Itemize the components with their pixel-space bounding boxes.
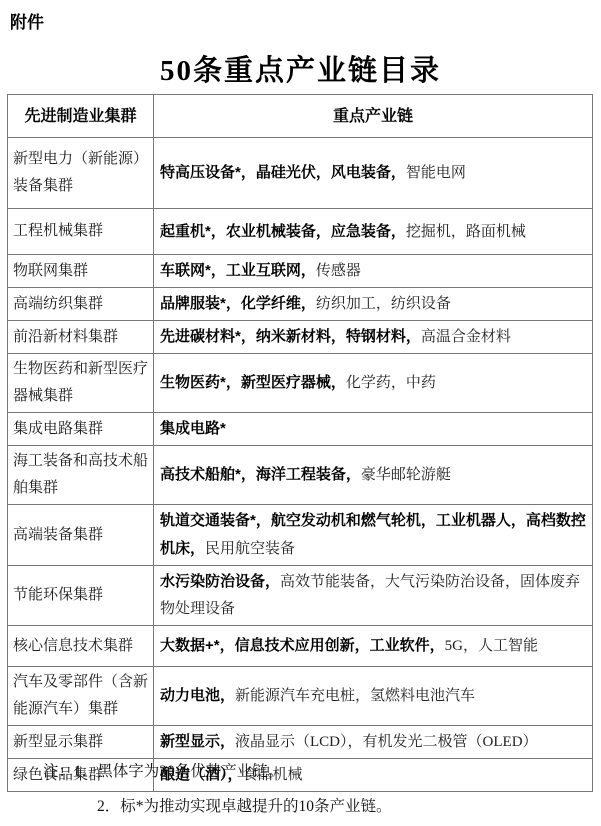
industry-chain-table: 先进制造业集群 重点产业链 新型电力（新能源）装备集群特高压设备*，晶硅光伏，风… (7, 94, 593, 792)
chains-cell: 先进碳材料*，纳米新材料，特钢材料，高温合金材料 (154, 321, 593, 354)
col-header-chains: 重点产业链 (154, 95, 593, 138)
chain-item: 航空发动机和燃气轮机， (271, 512, 436, 529)
cluster-cell: 核心信息技术集群 (8, 626, 154, 667)
document-page: { "page": { "attachment_label": "附件", "t… (0, 0, 601, 826)
chain-item: 化学药， (346, 375, 406, 391)
table-row: 节能环保集群水污染防治设备，高效节能装备，大气污染防治设备，固体废弃物处理设备 (8, 566, 593, 626)
chains-cell: 品牌服装*，化学纤维，纺织加工，纺织设备 (154, 288, 593, 321)
chains-cell: 动力电池，新能源汽车充电桩，氢燃料电池汽车 (154, 667, 593, 726)
chain-item: 5G， (445, 638, 478, 654)
chain-item: 有机发光二极管（OLED） (363, 734, 538, 750)
table-row: 前沿新材料集群先进碳材料*，纳米新材料，特钢材料，高温合金材料 (8, 321, 593, 354)
chains-cell: 高技术船舶*，海洋工程装备，豪华邮轮游艇 (154, 446, 593, 505)
chain-item: 传感器 (316, 263, 361, 279)
chain-item: 新型显示， (160, 733, 235, 750)
chain-item: 工业机器人， (436, 512, 526, 529)
chain-item: 工业软件， (370, 637, 445, 654)
cluster-cell: 汽车及零部件（含新能源汽车）集群 (8, 667, 154, 726)
table-header-row: 先进制造业集群 重点产业链 (8, 95, 593, 138)
chain-item: 大数据+*， (160, 637, 235, 654)
chain-item: 挖掘机， (406, 224, 466, 240)
chain-item: 大气污染防治设备， (385, 574, 520, 590)
chain-item: 纺织设备 (391, 296, 451, 312)
chain-item: 纺织加工， (316, 296, 391, 312)
chain-item: 新能源汽车充电桩， (235, 688, 370, 704)
chain-item: 轨道交通装备*， (160, 512, 271, 529)
chains-cell: 轨道交通装备*，航空发动机和燃气轮机，工业机器人，高档数控机床，民用航空装备 (154, 505, 593, 566)
cluster-cell: 海工装备和高技术船舶集群 (8, 446, 154, 505)
chain-item: 中药 (406, 375, 436, 391)
cluster-cell: 高端装备集群 (8, 505, 154, 566)
chain-item: 化学纤维， (241, 295, 316, 312)
chain-item: 风电装备， (331, 164, 406, 181)
cluster-cell: 前沿新材料集群 (8, 321, 154, 354)
table-row: 生物医药和新型医疗器械集群生物医药*，新型医疗器械，化学药，中药 (8, 354, 593, 413)
chains-cell: 新型显示，液晶显示（LCD），有机发光二极管（OLED） (154, 726, 593, 759)
chain-item: 智能电网 (406, 165, 466, 181)
table-row: 新型显示集群新型显示，液晶显示（LCD），有机发光二极管（OLED） (8, 726, 593, 759)
note-line-1: 注：1．黑体字为30条优势产业链。 (0, 761, 601, 782)
chain-item: 豪华邮轮游艇 (361, 467, 451, 483)
chain-item: 高效节能装备， (280, 574, 385, 590)
cluster-cell: 工程机械集群 (8, 209, 154, 255)
cluster-cell: 新型显示集群 (8, 726, 154, 759)
chains-cell: 水污染防治设备，高效节能装备，大气污染防治设备，固体废弃物处理设备 (154, 566, 593, 626)
chain-item: 集成电路* (160, 420, 226, 437)
table-row: 海工装备和高技术船舶集群高技术船舶*，海洋工程装备，豪华邮轮游艇 (8, 446, 593, 505)
chains-cell: 集成电路* (154, 413, 593, 446)
chains-cell: 起重机*，农业机械装备，应急装备，挖掘机，路面机械 (154, 209, 593, 255)
table-row: 高端纺织集群品牌服装*，化学纤维，纺织加工，纺织设备 (8, 288, 593, 321)
chain-item: 纳米新材料， (256, 328, 346, 345)
chain-item: 人工智能 (478, 638, 538, 654)
cluster-cell: 生物医药和新型医疗器械集群 (8, 354, 154, 413)
chain-item: 应急装备， (331, 223, 406, 240)
chain-item: 动力电池， (160, 687, 235, 704)
cluster-cell: 新型电力（新能源）装备集群 (8, 138, 154, 209)
chain-item: 起重机*， (160, 223, 226, 240)
chain-item: 先进碳材料*， (160, 328, 256, 345)
cluster-cell: 高端纺织集群 (8, 288, 154, 321)
chain-item: 民用航空装备 (205, 541, 295, 557)
cluster-cell: 集成电路集群 (8, 413, 154, 446)
chain-item: 新型医疗器械， (241, 374, 346, 391)
table-row: 高端装备集群轨道交通装备*，航空发动机和燃气轮机，工业机器人，高档数控机床，民用… (8, 505, 593, 566)
chain-item: 车联网*， (160, 262, 226, 279)
note-line-2: 2．标*为推动实现卓越提升的10条产业链。 (0, 796, 601, 817)
chains-cell: 大数据+*，信息技术应用创新，工业软件，5G，人工智能 (154, 626, 593, 667)
chain-item: 工业互联网， (226, 262, 316, 279)
table-row: 新型电力（新能源）装备集群特高压设备*，晶硅光伏，风电装备，智能电网 (8, 138, 593, 209)
col-header-cluster: 先进制造业集群 (8, 95, 154, 138)
chain-item: 特高压设备*， (160, 164, 256, 181)
chain-item: 高技术船舶*， (160, 466, 256, 483)
cluster-cell: 物联网集群 (8, 255, 154, 288)
chains-cell: 生物医药*，新型医疗器械，化学药，中药 (154, 354, 593, 413)
chain-item: 特钢材料， (346, 328, 421, 345)
chain-item: 生物医药*， (160, 374, 241, 391)
notes-section: 注：1．黑体字为30条优势产业链。 2．标*为推动实现卓越提升的10条产业链。 (0, 761, 601, 817)
table-row: 核心信息技术集群大数据+*，信息技术应用创新，工业软件，5G，人工智能 (8, 626, 593, 667)
page-title: 50条重点产业链目录 (0, 48, 601, 89)
chain-item: 品牌服装*， (160, 295, 241, 312)
chain-item: 液晶显示（LCD）， (235, 734, 363, 750)
cluster-cell: 节能环保集群 (8, 566, 154, 626)
chains-cell: 特高压设备*，晶硅光伏，风电装备，智能电网 (154, 138, 593, 209)
table-row: 集成电路集群集成电路* (8, 413, 593, 446)
table-row: 物联网集群车联网*，工业互联网，传感器 (8, 255, 593, 288)
chain-item: 水污染防治设备， (160, 573, 280, 590)
chain-item: 路面机械 (466, 224, 526, 240)
chains-cell: 车联网*，工业互联网，传感器 (154, 255, 593, 288)
chain-item: 氢燃料电池汽车 (370, 688, 475, 704)
chain-item: 海洋工程装备， (256, 466, 361, 483)
table-row: 汽车及零部件（含新能源汽车）集群动力电池，新能源汽车充电桩，氢燃料电池汽车 (8, 667, 593, 726)
table-row: 工程机械集群起重机*，农业机械装备，应急装备，挖掘机，路面机械 (8, 209, 593, 255)
chain-item: 高温合金材料 (421, 329, 511, 345)
attachment-label: 附件 (10, 8, 44, 33)
chain-item: 信息技术应用创新， (235, 637, 370, 654)
chain-item: 晶硅光伏， (256, 164, 331, 181)
chain-item: 农业机械装备， (226, 223, 331, 240)
